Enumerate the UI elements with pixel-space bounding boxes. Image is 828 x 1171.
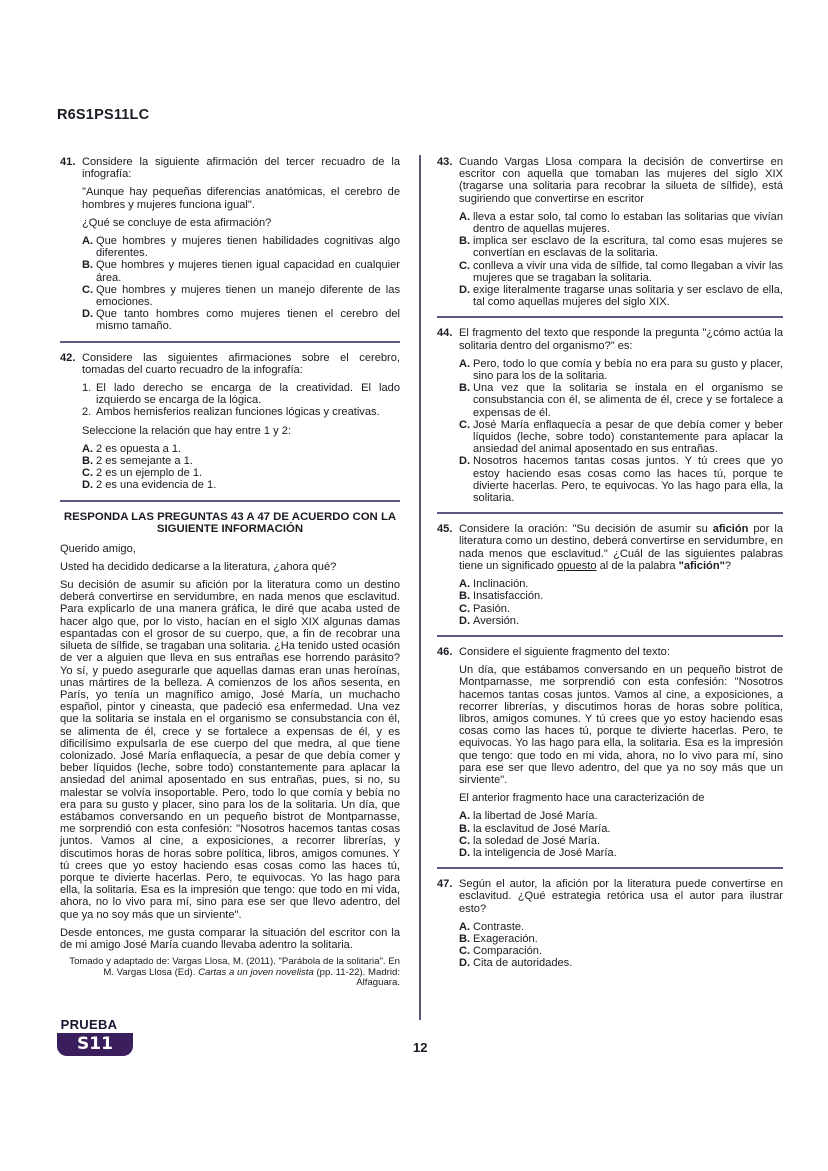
option-text: Que hombres y mujeres tienen un manejo d… [96,284,400,308]
option-text: Pero, todo lo que comía y bebía no era p… [473,358,783,382]
option-text: Que hombres y mujeres tienen habilidades… [96,235,400,259]
option-b[interactable]: B.Insatisfacción. [459,590,783,602]
question-number: 46. [437,646,452,658]
option-letter: A. [459,578,470,590]
option-c[interactable]: C.2 es un ejemplo de 1. [82,467,400,479]
question-number: 41. [60,156,75,168]
document-code: R6S1PS11LC [57,107,149,123]
letter-salutation: Querido amigo, [60,543,400,555]
option-text: exige literalmente tragarse unas solitar… [473,284,783,308]
option-d[interactable]: D.la inteligencia de José María. [459,847,783,859]
option-text: lleva a estar solo, tal como lo estaban … [473,211,783,235]
divider [437,316,783,318]
option-letter: D. [82,308,93,320]
option-text: Que hombres y mujeres tienen igual capac… [96,259,400,283]
option-letter: D. [459,615,470,627]
question-number: 45. [437,523,452,535]
question-number: 44. [437,327,452,339]
option-text: la esclavitud de José María. [473,823,611,835]
page-number: 12 [413,1040,427,1055]
question-43: 43. Cuando Vargas Llosa compara la decis… [437,156,783,308]
option-d[interactable]: D.Nosotros hacemos tantas cosas juntos. … [459,455,783,504]
letter-body: Su decisión de asumir su afición por la … [60,579,400,921]
option-text: 2 es semejante a 1. [96,455,193,467]
option-text: Inclinación. [473,578,529,590]
letter-intro: Usted ha decidido dedicarse a la literat… [60,561,400,573]
option-a[interactable]: A.Contraste. [459,921,783,933]
option-letter: C. [459,260,470,272]
letter-closing: Desde entonces, me gusta comparar la sit… [60,927,400,951]
test-badge: PRUEBA S11 [57,1017,135,1056]
option-letter: C. [459,835,470,847]
stem-keyword: "afición" [679,560,725,572]
statement-number: 1. [82,382,91,394]
statement-2: 2.Ambos hemisferios realizan funciones l… [82,406,400,418]
option-text: 2 es una evidencia de 1. [96,479,216,491]
stem-part: Considere la oración: "Su decisión de as… [459,523,713,535]
option-text: Una vez que la solitaria se instala en e… [473,382,783,418]
option-c[interactable]: C.Comparación. [459,945,783,957]
option-letter: A. [459,810,470,822]
citation-suffix: (pp. 11-22). Madrid: Alfaguara. [314,967,400,988]
option-letter: C. [459,945,470,957]
option-letter: A. [82,235,93,247]
option-letter: A. [459,358,470,370]
question-42: 42. Considere las siguientes afirmacione… [60,352,400,492]
question-stem: El fragmento del texto que responde la p… [459,327,783,351]
option-letter: B. [459,823,470,835]
option-c[interactable]: C.José María enflaquecía a pesar de que … [459,419,783,456]
option-text: Pasión. [473,603,510,615]
option-b[interactable]: B.Que hombres y mujeres tienen igual cap… [82,259,400,283]
option-c[interactable]: C.la soledad de José María. [459,835,783,847]
question-47: 47. Según el autor, la afición por la li… [437,878,783,969]
question-stem: Considere la siguiente afirmación del te… [82,156,400,180]
option-d[interactable]: D.exige literalmente tragarse unas solit… [459,284,783,308]
option-text: la inteligencia de José María. [473,847,617,859]
option-text: implica ser esclavo de la escritura, tal… [473,235,783,259]
column-divider [419,155,421,1020]
option-letter: B. [82,455,93,467]
question-45: 45. Considere la oración: "Su decisión d… [437,523,783,627]
options-list: A.Que hombres y mujeres tienen habilidad… [82,235,400,333]
option-text: Aversión. [473,615,519,627]
option-d[interactable]: D.Cita de autoridades. [459,957,783,969]
divider [437,867,783,869]
right-column: 43. Cuando Vargas Llosa compara la decis… [437,156,783,970]
option-letter: A. [459,211,470,223]
question-number: 43. [437,156,452,168]
section-title: RESPONDA LAS PREGUNTAS 43 A 47 DE ACUERD… [60,511,400,535]
option-letter: B. [459,933,470,945]
question-stem: Considere el siguiente fragmento del tex… [459,646,783,658]
options-list: A.lleva a estar solo, tal como lo estaba… [459,211,783,309]
option-text: Cita de autoridades. [473,957,572,969]
question-prompt: ¿Qué se concluye de esta afirmación? [82,217,400,229]
statement-text: El lado derecho se encarga de la creativ… [96,382,400,406]
option-b[interactable]: B.implica ser esclavo de la escritura, t… [459,235,783,259]
option-a[interactable]: A.Que hombres y mujeres tienen habilidad… [82,235,400,259]
option-text: Contraste. [473,921,524,933]
option-a[interactable]: A.lleva a estar solo, tal como lo estaba… [459,211,783,235]
option-text: conlleva a vivir una vida de sílfide, ta… [473,260,783,284]
option-text: Comparación. [473,945,542,957]
option-text: la libertad de José María. [473,810,598,822]
option-letter: D. [459,455,470,467]
question-prompt: El anterior fragmento hace una caracteri… [459,792,783,804]
option-letter: B. [459,382,470,394]
option-text: Nosotros hacemos tantas cosas juntos. Y … [473,455,783,504]
option-letter: C. [82,284,93,296]
divider [60,500,400,502]
option-c[interactable]: C.Que hombres y mujeres tienen un manejo… [82,284,400,308]
option-letter: B. [459,590,470,602]
option-letter: C. [82,467,93,479]
option-text: la soledad de José María. [473,835,600,847]
option-text: 2 es opuesta a 1. [96,443,181,455]
option-text: Insatisfacción. [473,590,543,602]
divider [437,512,783,514]
statement-1: 1.El lado derecho se encarga de la creat… [82,382,400,406]
option-d[interactable]: D.Aversión. [459,615,783,627]
options-list: A.2 es opuesta a 1. B.2 es semejante a 1… [82,443,400,492]
option-a[interactable]: A.la libertad de José María. [459,810,783,822]
options-list: A.Inclinación. B.Insatisfacción. C.Pasió… [459,578,783,627]
option-text: 2 es un ejemplo de 1. [96,467,202,479]
options-list: A.Contraste. B.Exageración. C.Comparació… [459,921,783,970]
badge-label: PRUEBA [57,1017,121,1032]
options-list: A.la libertad de José María. B.la esclav… [459,810,783,859]
divider [437,635,783,637]
options-list: A.Pero, todo lo que comía y bebía no era… [459,358,783,504]
option-letter: D. [459,957,470,969]
question-stem: Cuando Vargas Llosa compara la decisión … [459,156,783,205]
question-number: 42. [60,352,75,364]
question-44: 44. El fragmento del texto que responde … [437,327,783,504]
stem-part: ? [725,560,731,572]
option-letter: D. [82,479,93,491]
option-a[interactable]: A.Pero, todo lo que comía y bebía no era… [459,358,783,382]
source-citation: Tomado y adaptado de: Vargas Llosa, M. (… [60,957,400,988]
option-letter: C. [459,603,470,615]
option-c[interactable]: C.Pasión. [459,603,783,615]
option-b[interactable]: B.Exageración. [459,933,783,945]
option-b[interactable]: B.la esclavitud de José María. [459,823,783,835]
statements-list: 1.El lado derecho se encarga de la creat… [82,382,400,419]
option-d[interactable]: D.Que tanto hombres como mujeres tienen … [82,308,400,332]
question-stem: Considere las siguientes afirmaciones so… [82,352,400,376]
citation-title: Cartas a un joven novelista [198,967,314,978]
statement-text: Ambos hemisferios realizan funciones lóg… [96,406,380,418]
option-letter: A. [459,921,470,933]
option-letter: C. [459,419,470,431]
option-letter: B. [459,235,470,247]
statement-number: 2. [82,406,91,418]
question-41: 41. Considere la siguiente afirmación de… [60,156,400,333]
option-letter: A. [82,443,93,455]
stem-underlined: opuesto [557,560,596,572]
option-a[interactable]: A.Inclinación. [459,578,783,590]
option-letter: D. [459,284,470,296]
left-column: 41. Considere la siguiente afirmación de… [60,156,400,988]
option-b[interactable]: B.2 es semejante a 1. [82,455,400,467]
question-fragment: Un día, que estábamos conversando en un … [459,664,783,786]
question-stem: Considere la oración: "Su decisión de as… [459,523,783,572]
badge-code: S11 [57,1033,133,1056]
question-46: 46. Considere el siguiente fragmento del… [437,646,783,859]
option-letter: B. [82,259,93,271]
option-text: Exageración. [473,933,538,945]
divider [60,341,400,343]
option-c[interactable]: C.conlleva a vivir una vida de sílfide, … [459,260,783,284]
stem-keyword: afición [713,523,749,535]
option-text: Que tanto hombres como mujeres tienen el… [96,308,400,332]
question-stem: Según el autor, la afición por la litera… [459,878,783,915]
option-b[interactable]: B.Una vez que la solitaria se instala en… [459,382,783,419]
option-d[interactable]: D.2 es una evidencia de 1. [82,479,400,491]
question-number: 47. [437,878,452,890]
option-a[interactable]: A.2 es opuesta a 1. [82,443,400,455]
question-prompt: Seleccione la relación que hay entre 1 y… [82,425,400,437]
stem-part: al de la palabra [597,560,679,572]
option-text: José María enflaquecía a pesar de que de… [473,419,783,455]
question-quote: "Aunque hay pequeñas diferencias anatómi… [82,186,400,210]
option-letter: D. [459,847,470,859]
